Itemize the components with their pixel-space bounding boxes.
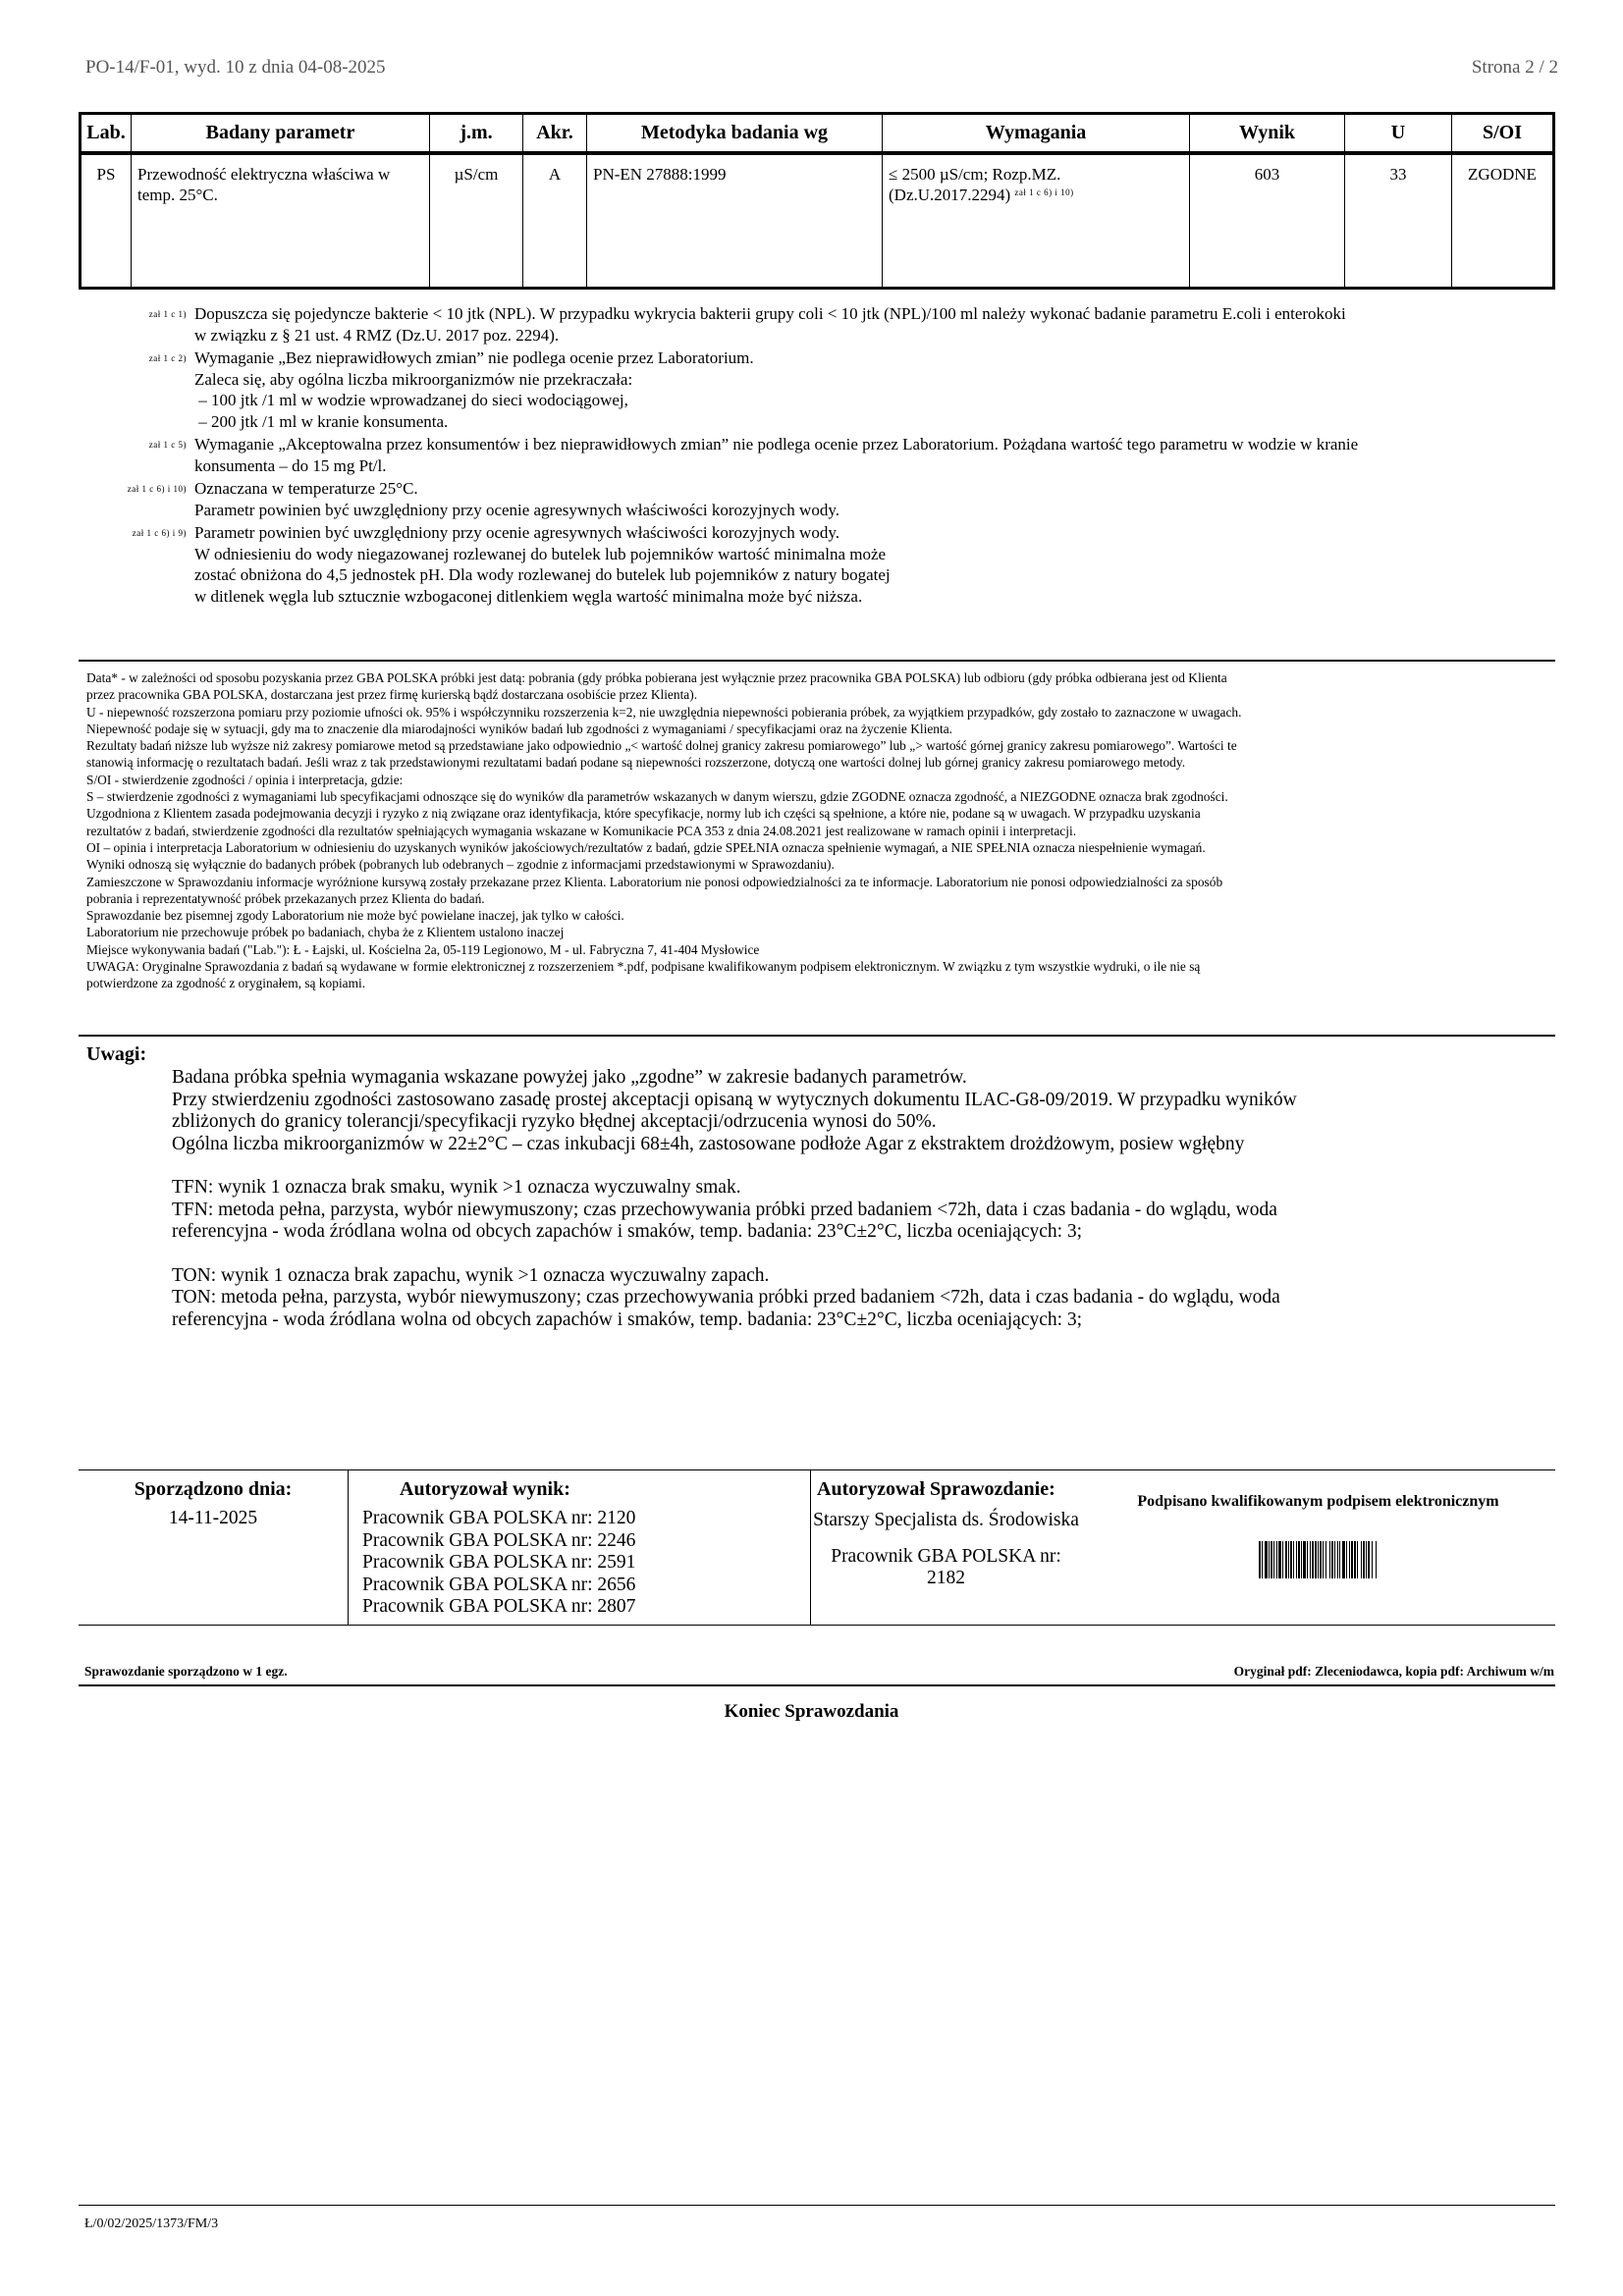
footnote: zał 1 c 2)Wymaganie „Bez nieprawidłowych… [79,347,1551,432]
col-result: Wynik [1190,114,1345,154]
authorizer: Pracownik GBA POLSKA nr: 2807 [362,1596,810,1619]
prepared-date: 14-11-2025 [79,1508,348,1530]
legend-line: Uzgodniona z Klientem zasada podejmowani… [86,805,1554,822]
footnote-text: Wymaganie „Akceptowalna przez konsumentó… [194,434,1551,476]
prepared-cell: Sporządzono dnia: 14-11-2025 [79,1470,349,1626]
authorizer: Pracownik GBA POLSKA nr: 2656 [362,1575,810,1597]
requirement-ref: zał 1 c 6) i 10) [1014,187,1073,197]
legend-line: Laboratorium nie przechowuje próbek po b… [86,924,1554,940]
footnote-text: Oznaczana w temperaturze 25°C.Parametr p… [194,478,1551,520]
col-uncertainty: U [1345,114,1452,154]
report-auth-role: Starszy Specjalista ds. Środowiska [811,1508,1081,1532]
prepared-label: Sporządzono dnia: [79,1470,348,1508]
report-auth-label: Autoryzował Sprawozdanie: [811,1470,1081,1508]
legend-line: UWAGA: Oryginalne Sprawozdania z badań s… [86,958,1554,975]
legend-line: Data* - w zależności od sposobu pozyskan… [86,669,1554,686]
copies-note: Sprawozdanie sporządzono w 1 egz. [84,1664,288,1680]
result-auth-cell: Autoryzował wynik: Pracownik GBA POLSKA … [349,1470,811,1626]
legend-line: rezultatów z badań, stwierdzenie zgodnoś… [86,823,1554,839]
remark-line: TON: wynik 1 oznacza brak zapachu, wynik… [172,1265,1527,1288]
cell-lab: PS [81,153,132,289]
cell-unit: µS/cm [430,153,523,289]
legend-line: Wyniki odnoszą się wyłącznie do badanych… [86,856,1554,873]
legend-line: S – stwierdzenie zgodności z wymaganiami… [86,788,1554,805]
authorizer: Pracownik GBA POLSKA nr: 2246 [362,1530,810,1553]
legend-line: S/OI - stwierdzenie zgodności / opinia i… [86,772,1554,788]
legend-line: pobrania i reprezentatywność próbek prze… [86,890,1554,907]
result-auth-label: Autoryzował wynik: [349,1470,810,1508]
e-signature-cell: Podpisano kwalifikowanym podpisem elektr… [1081,1470,1555,1626]
footnote-ref: zał 1 c 6) i 10) [79,478,194,520]
col-conformity: S/OI [1452,114,1554,154]
footnote-text: Dopuszcza się pojedyncze bakterie < 10 j… [194,303,1551,346]
col-method: Metodyka badania wg [587,114,883,154]
table-row: PS Przewodność elektryczna właściwa w te… [81,153,1554,289]
legend-line: Miejsce wykonywania badań ("Lab."): Ł - … [86,941,1554,958]
end-of-report: Koniec Sprawozdania [0,1701,1623,1723]
authorizer: Pracownik GBA POLSKA nr: 2120 [362,1508,810,1530]
legend-line: OI – opinia i interpretacja Laboratorium… [86,839,1554,856]
document-code: Ł/0/02/2025/1373/FM/3 [84,2216,218,2232]
legend-line: U - niepewność rozszerzona pomiaru przy … [86,704,1554,721]
signature-table: Sporządzono dnia: 14-11-2025 Autoryzował… [79,1469,1555,1626]
footnote: zał 1 c 1)Dopuszcza się pojedyncze bakte… [79,303,1551,346]
remarks: Badana próbka spełnia wymagania wskazane… [172,1067,1527,1331]
cell-accreditation: A [523,153,587,289]
footnote-text: Wymaganie „Bez nieprawidłowych zmian” ni… [194,347,1551,432]
legend-line: Niepewność podaje się w sytuacji, gdy ma… [86,721,1554,737]
col-unit: j.m. [430,114,523,154]
remark-line: TFN: metoda pełna, parzysta, wybór niewy… [172,1200,1527,1222]
e-signature-text: Podpisano kwalifikowanym podpisem elektr… [1081,1491,1555,1514]
cell-result: 603 [1190,153,1345,289]
footnote-text: Parametr powinien być uwzględniony przy … [194,522,1551,607]
footnote: zał 1 c 6) i 9)Parametr powinien być uwz… [79,522,1551,607]
divider [79,660,1555,662]
remark-line: Ogólna liczba mikroorganizmów w 22±2°C –… [172,1134,1527,1156]
cell-uncertainty: 33 [1345,153,1452,289]
footnote: zał 1 c 5)Wymaganie „Akceptowalna przez … [79,434,1551,476]
page-footer-rule [79,2205,1555,2206]
col-accreditation: Akr. [523,114,587,154]
remark-line: Badana próbka spełnia wymagania wskazane… [172,1067,1527,1090]
footnote-ref: zał 1 c 2) [79,347,194,432]
divider [79,1684,1555,1686]
cell-parameter: Przewodność elektryczna właściwa w temp.… [132,153,430,289]
col-lab: Lab. [81,114,132,154]
legend-line: Rezultaty badań niższe lub wyższe niż za… [86,737,1554,754]
remark-line: zbliżonych do granicy tolerancji/specyfi… [172,1111,1527,1134]
legend-line: Zamieszczone w Sprawozdaniu informacje w… [86,874,1554,890]
footnote: zał 1 c 6) i 10)Oznaczana w temperaturze… [79,478,1551,520]
cell-requirement: ≤ 2500 µS/cm; Rozp.MZ. (Dz.U.2017.2294) … [883,153,1190,289]
footnote-ref: zał 1 c 5) [79,434,194,476]
remark-line: referencyjna - woda źródlana wolna od ob… [172,1309,1527,1332]
remarks-title: Uwagi: [86,1043,146,1066]
remark-line: referencyjna - woda źródlana wolna od ob… [172,1221,1527,1244]
report-auth-cell: Autoryzował Sprawozdanie: Starszy Specja… [811,1470,1082,1626]
distribution-note: Oryginał pdf: Zleceniodawca, kopia pdf: … [1234,1664,1554,1680]
cell-conformity: ZGODNE [1452,153,1554,289]
remark-line: TON: metoda pełna, parzysta, wybór niewy… [172,1287,1527,1309]
page-number: Strona 2 / 2 [1472,57,1558,79]
legend-line: potwierdzone za zgodność z oryginałem, s… [86,975,1554,991]
results-header-row: Lab. Badany parametr j.m. Akr. Metodyka … [81,114,1554,154]
report-auth-employee: Pracownik GBA POLSKA nr: 2182 [811,1532,1081,1596]
col-parameter: Badany parametr [132,114,430,154]
barcode-icon [1081,1541,1555,1578]
result-authorizers: Pracownik GBA POLSKA nr: 2120Pracownik G… [349,1508,810,1625]
form-id: PO-14/F-01, wyd. 10 z dnia 04-08-2025 [85,57,386,79]
footnote-ref: zał 1 c 6) i 9) [79,522,194,607]
legend: Data* - w zależności od sposobu pozyskan… [86,669,1554,992]
results-table: Lab. Badany parametr j.m. Akr. Metodyka … [79,112,1555,290]
legend-line: Sprawozdanie bez pisemnej zgody Laborato… [86,907,1554,924]
requirement-text: ≤ 2500 µS/cm; Rozp.MZ. (Dz.U.2017.2294) [889,165,1060,204]
divider [79,1035,1555,1037]
footnote-ref: zał 1 c 1) [79,303,194,346]
cell-method: PN-EN 27888:1999 [587,153,883,289]
remark-line: Przy stwierdzeniu zgodności zastosowano … [172,1090,1527,1112]
authorizer: Pracownik GBA POLSKA nr: 2591 [362,1552,810,1575]
legend-line: przez pracownika GBA POLSKA, dostarczana… [86,686,1554,703]
legend-line: stanowią informację o rezultatach badań.… [86,754,1554,771]
remark-line: TFN: wynik 1 oznacza brak smaku, wynik >… [172,1177,1527,1200]
footnotes: zał 1 c 1)Dopuszcza się pojedyncze bakte… [79,303,1551,609]
col-requirement: Wymagania [883,114,1190,154]
